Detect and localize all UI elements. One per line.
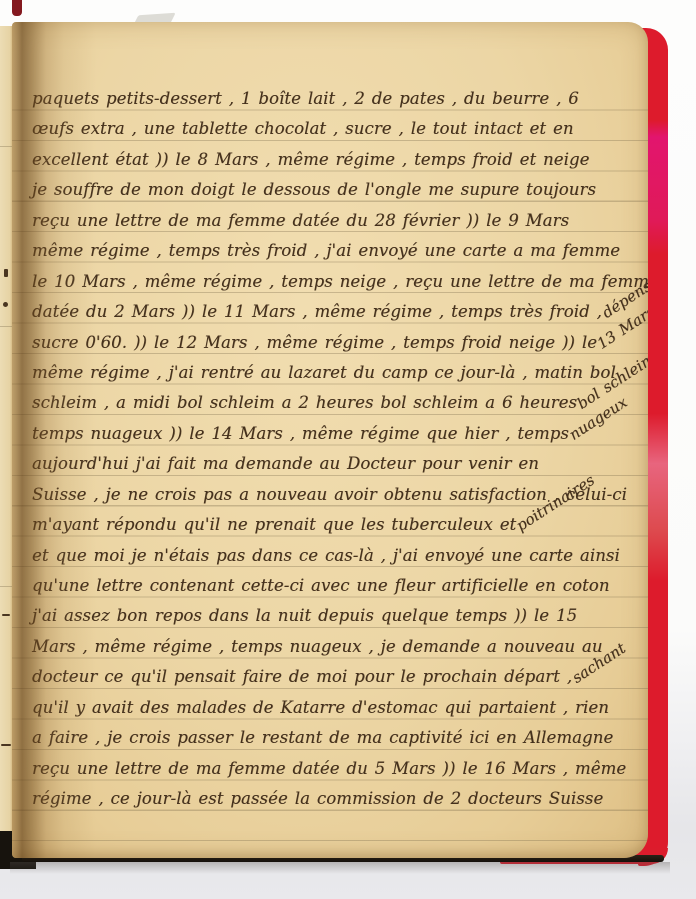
diary-line: qu'il y avait des malades de Katarre d'e… [32,693,648,723]
diary-line: j'ai assez bon repos dans la nuit depuis… [32,601,648,631]
ink-bleed-mark [2,614,10,616]
diary-line: paquets petits-dessert , 1 boîte lait , … [32,84,648,114]
diary-line: le 10 Mars , même régime , temps neige ,… [32,267,648,297]
ink-bleed-mark [1,744,11,746]
diary-line: temps nuageux )) le 14 Mars , même régim… [32,419,648,449]
diary-line-text: a faire , je crois passer le restant de … [32,728,613,747]
red-cover-speck [12,0,22,16]
diary-line: docteur ce qu'il pensait faire de moi po… [32,662,648,692]
binding-gutter-shadow [12,22,96,858]
diary-line-text: Mars , même régime , temps nuageux , je … [32,637,603,656]
diary-line-text: paquets petits-dessert , 1 boîte lait , … [32,89,579,108]
diary-line: m'ayant répondu qu'il ne prenait que les… [32,510,648,540]
diary-line-text: reçu une lettre de ma femme datée du 5 M… [32,759,626,778]
diary-line: Mars , même régime , temps nuageux , je … [32,632,648,662]
diary-line: je souffre de mon doigt le dessous de l'… [32,175,648,205]
diary-line-text: j'ai assez bon repos dans la nuit depuis… [32,606,577,625]
diary-line-text: m'ayant répondu qu'il ne prenait que les… [32,515,523,534]
diary-line: schleim , a midi bol schleim a 2 heures … [32,388,648,418]
diary-line-text: sucre 0'60. )) le 12 Mars , même régime … [32,333,604,352]
handwritten-diary-text: paquets petits-dessert , 1 boîte lait , … [32,84,648,815]
diary-line-text: qu'une lettre contenant cette-ci avec un… [32,576,610,595]
diary-line: qu'une lettre contenant cette-ci avec un… [32,571,648,601]
diary-line-text: reçu une lettre de ma femme datée du 28 … [32,211,569,230]
diary-line-text: même régime , temps très froid , j'ai en… [32,241,620,260]
diary-line-text: régime , ce jour-là est passée la commis… [32,789,603,808]
notebook-page: paquets petits-dessert , 1 boîte lait , … [12,22,648,858]
diary-line: et que moi je n'étais pas dans ce cas-là… [32,541,648,571]
diary-line-text: qu'il y avait des malades de Katarre d'e… [32,698,609,717]
diary-line: reçu une lettre de ma femme datée du 28 … [32,206,648,236]
ink-bleed-mark [4,269,8,277]
diary-line: excellent état )) le 8 Mars , même régim… [32,145,648,175]
diary-line: œufs extra , une tablette chocolat , suc… [32,114,648,144]
diary-line: reçu une lettre de ma femme datée du 5 M… [32,754,648,784]
diary-line-text: datée du 2 Mars )) le 11 Mars , même rég… [32,302,609,321]
diary-line-text: et que moi je n'étais pas dans ce cas-là… [32,546,620,565]
diary-line: datée du 2 Mars )) le 11 Mars , même rég… [32,297,648,327]
diary-line-text: excellent état )) le 8 Mars , même régim… [32,150,590,169]
diary-line-text: temps nuageux )) le 14 Mars , même régim… [32,424,576,443]
ink-bleed-mark [3,302,8,307]
diary-line-text: aujourd'hui j'ai fait ma demande au Doct… [32,454,539,473]
diary-line: sucre 0'60. )) le 12 Mars , même régime … [32,328,648,358]
diary-line: même régime , j'ai rentré au lazaret du … [32,358,648,388]
diary-line-text: docteur ce qu'il pensait faire de moi po… [32,667,579,686]
scanned-notebook-photo: paquets petits-dessert , 1 boîte lait , … [0,0,696,899]
diary-line: aujourd'hui j'ai fait ma demande au Doct… [32,449,648,479]
diary-line-text: même régime , j'ai rentré au lazaret du … [32,363,616,382]
diary-line-text: œufs extra , une tablette chocolat , suc… [32,119,574,138]
page-bottom-soft-shadow [10,862,670,874]
diary-line: même régime , temps très froid , j'ai en… [32,236,648,266]
diary-line-text: le 10 Mars , même régime , temps neige ,… [32,272,648,291]
diary-line-text: je souffre de mon doigt le dessous de l'… [32,180,596,199]
diary-line: régime , ce jour-là est passée la commis… [32,784,648,814]
diary-line: a faire , je crois passer le restant de … [32,723,648,753]
diary-line-text: schleim , a midi bol schleim a 2 heures … [32,393,584,412]
